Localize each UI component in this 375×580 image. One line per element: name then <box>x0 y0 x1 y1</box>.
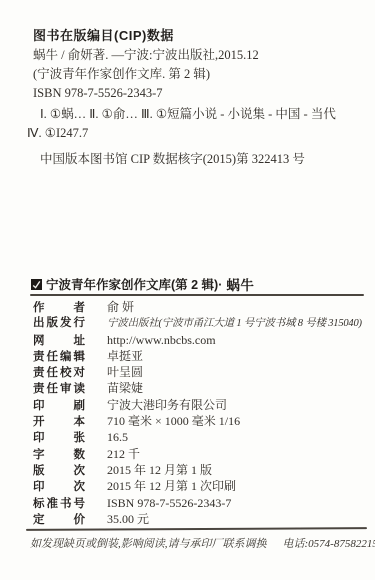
colophon-row-publisher: 出版发行宁波出版社(宁波市甬江大道 1 号宁波书城 8 号楼 315040) <box>33 315 367 331</box>
colophon-value: 宁波大港印务有限公司 <box>107 397 367 413</box>
colophon-label: 作者 <box>33 300 85 316</box>
colophon-value: 2015 年 12 月第 1 版 <box>107 462 367 478</box>
colophon-label: 定价 <box>33 512 85 528</box>
cip-record-number: 中国版本图书馆 CIP 数据核字(2015)第 322413 号 <box>40 149 305 167</box>
footer: 如发现缺页或倒装,影响阅读,请与承印厂联系调换 电话:0574-87582215 <box>30 535 367 551</box>
colophon-label: 责任审读 <box>33 381 85 397</box>
colophon-row-reviewer: 责任审读苗梁婕 <box>33 380 367 396</box>
colophon-label: 责任校对 <box>33 365 85 381</box>
colophon-row-proofreader: 责任校对叶呈圆 <box>33 364 367 380</box>
series-banner: 宁波青年作家创作文库(第 2 辑)·蜗牛 <box>31 274 363 294</box>
cip-title-line: 蜗牛 / 俞妍著. —宁波:宁波出版社,2015.12 <box>33 46 361 65</box>
colophon-label: 标准书号 <box>33 496 85 512</box>
colophon-row-sheets: 印张16.5 <box>33 429 367 445</box>
footer-notice: 如发现缺页或倒装,影响阅读,请与承印厂联系调换 <box>30 535 267 551</box>
colophon-row-isbn: 标准书号ISBN 978-7-5526-2343-7 <box>33 495 367 511</box>
publisher-logo-icon <box>31 279 42 290</box>
colophon-label: 字数 <box>33 447 85 463</box>
colophon-label: 印次 <box>33 479 85 495</box>
colophon-row-edition: 版次2015 年 12 月第 1 版 <box>33 462 367 478</box>
colophon-value: 2015 年 12 月第 1 次印刷 <box>107 478 367 494</box>
cip-description: 蜗牛 / 俞妍著. —宁波:宁波出版社,2015.12 (宁波青年作家创作文库.… <box>33 46 361 103</box>
colophon-table: 作者俞 妍 出版发行宁波出版社(宁波市甬江大道 1 号宁波书城 8 号楼 315… <box>33 299 367 527</box>
colophon-row-wordcount: 字数212 千 <box>33 446 367 462</box>
cip-classification: Ⅰ. ①蜗… Ⅱ. ①俞… Ⅲ. ①短篇小说 - 小说集 - 中国 - 当代 Ⅳ… <box>27 105 361 142</box>
colophon-value: 卓挺亚 <box>107 348 367 364</box>
cip-header: 图书在版编目(CIP)数据 <box>33 25 174 44</box>
colophon-label: 版次 <box>33 463 85 479</box>
colophon-value: 苗梁婕 <box>107 380 367 396</box>
colophon-label: 开本 <box>33 414 85 430</box>
classification-line-1: Ⅰ. ①蜗… Ⅱ. ①俞… Ⅲ. ①短篇小说 - 小说集 - 中国 - 当代 <box>27 105 361 124</box>
footer-phone: 电话:0574-87582215 <box>283 535 375 551</box>
colophon-value: 叶呈圆 <box>107 364 367 380</box>
colophon-label: 印张 <box>33 430 85 446</box>
banner-divider <box>30 294 364 296</box>
colophon-label: 出版发行 <box>33 315 85 331</box>
colophon-value: 710 毫米 × 1000 毫米 1/16 <box>107 413 367 429</box>
copyright-page: 图书在版编目(CIP)数据 蜗牛 / 俞妍著. —宁波:宁波出版社,2015.1… <box>0 0 375 580</box>
series-name: 宁波青年作家创作文库(第 2 辑)· <box>46 275 222 293</box>
colophon-row-editor: 责任编辑卓挺亚 <box>33 348 367 364</box>
colophon-value: 俞 妍 <box>107 299 367 315</box>
colophon-value: http://www.nbcbs.com <box>107 332 367 348</box>
colophon-value: 16.5 <box>107 429 367 445</box>
cip-series-line: (宁波青年作家创作文库. 第 2 辑) <box>33 65 361 84</box>
footer-divider <box>26 527 367 531</box>
colophon-row-website: 网址http://www.nbcbs.com <box>33 332 367 348</box>
cip-isbn-line: ISBN 978-7-5526-2343-7 <box>33 84 361 103</box>
classification-line-2: Ⅳ. ①I247.7 <box>27 124 361 143</box>
colophon-label: 责任编辑 <box>33 349 85 365</box>
colophon-row-price: 定价35.00 元 <box>33 511 367 527</box>
colophon-row-printer: 印刷宁波大港印务有限公司 <box>33 397 367 413</box>
colophon-row-impression: 印次2015 年 12 月第 1 次印刷 <box>33 478 367 494</box>
colophon-value: ISBN 978-7-5526-2343-7 <box>107 495 367 511</box>
colophon-value: 宁波出版社(宁波市甬江大道 1 号宁波书城 8 号楼 315040) <box>107 316 367 332</box>
colophon-label: 印刷 <box>33 398 85 414</box>
book-title: 蜗牛 <box>226 274 254 294</box>
colophon-value: 212 千 <box>107 446 367 462</box>
colophon-value: 35.00 元 <box>107 511 367 527</box>
colophon-label: 网址 <box>33 333 85 349</box>
colophon-row-format: 开本710 毫米 × 1000 毫米 1/16 <box>33 413 367 429</box>
colophon-row-author: 作者俞 妍 <box>33 299 367 315</box>
